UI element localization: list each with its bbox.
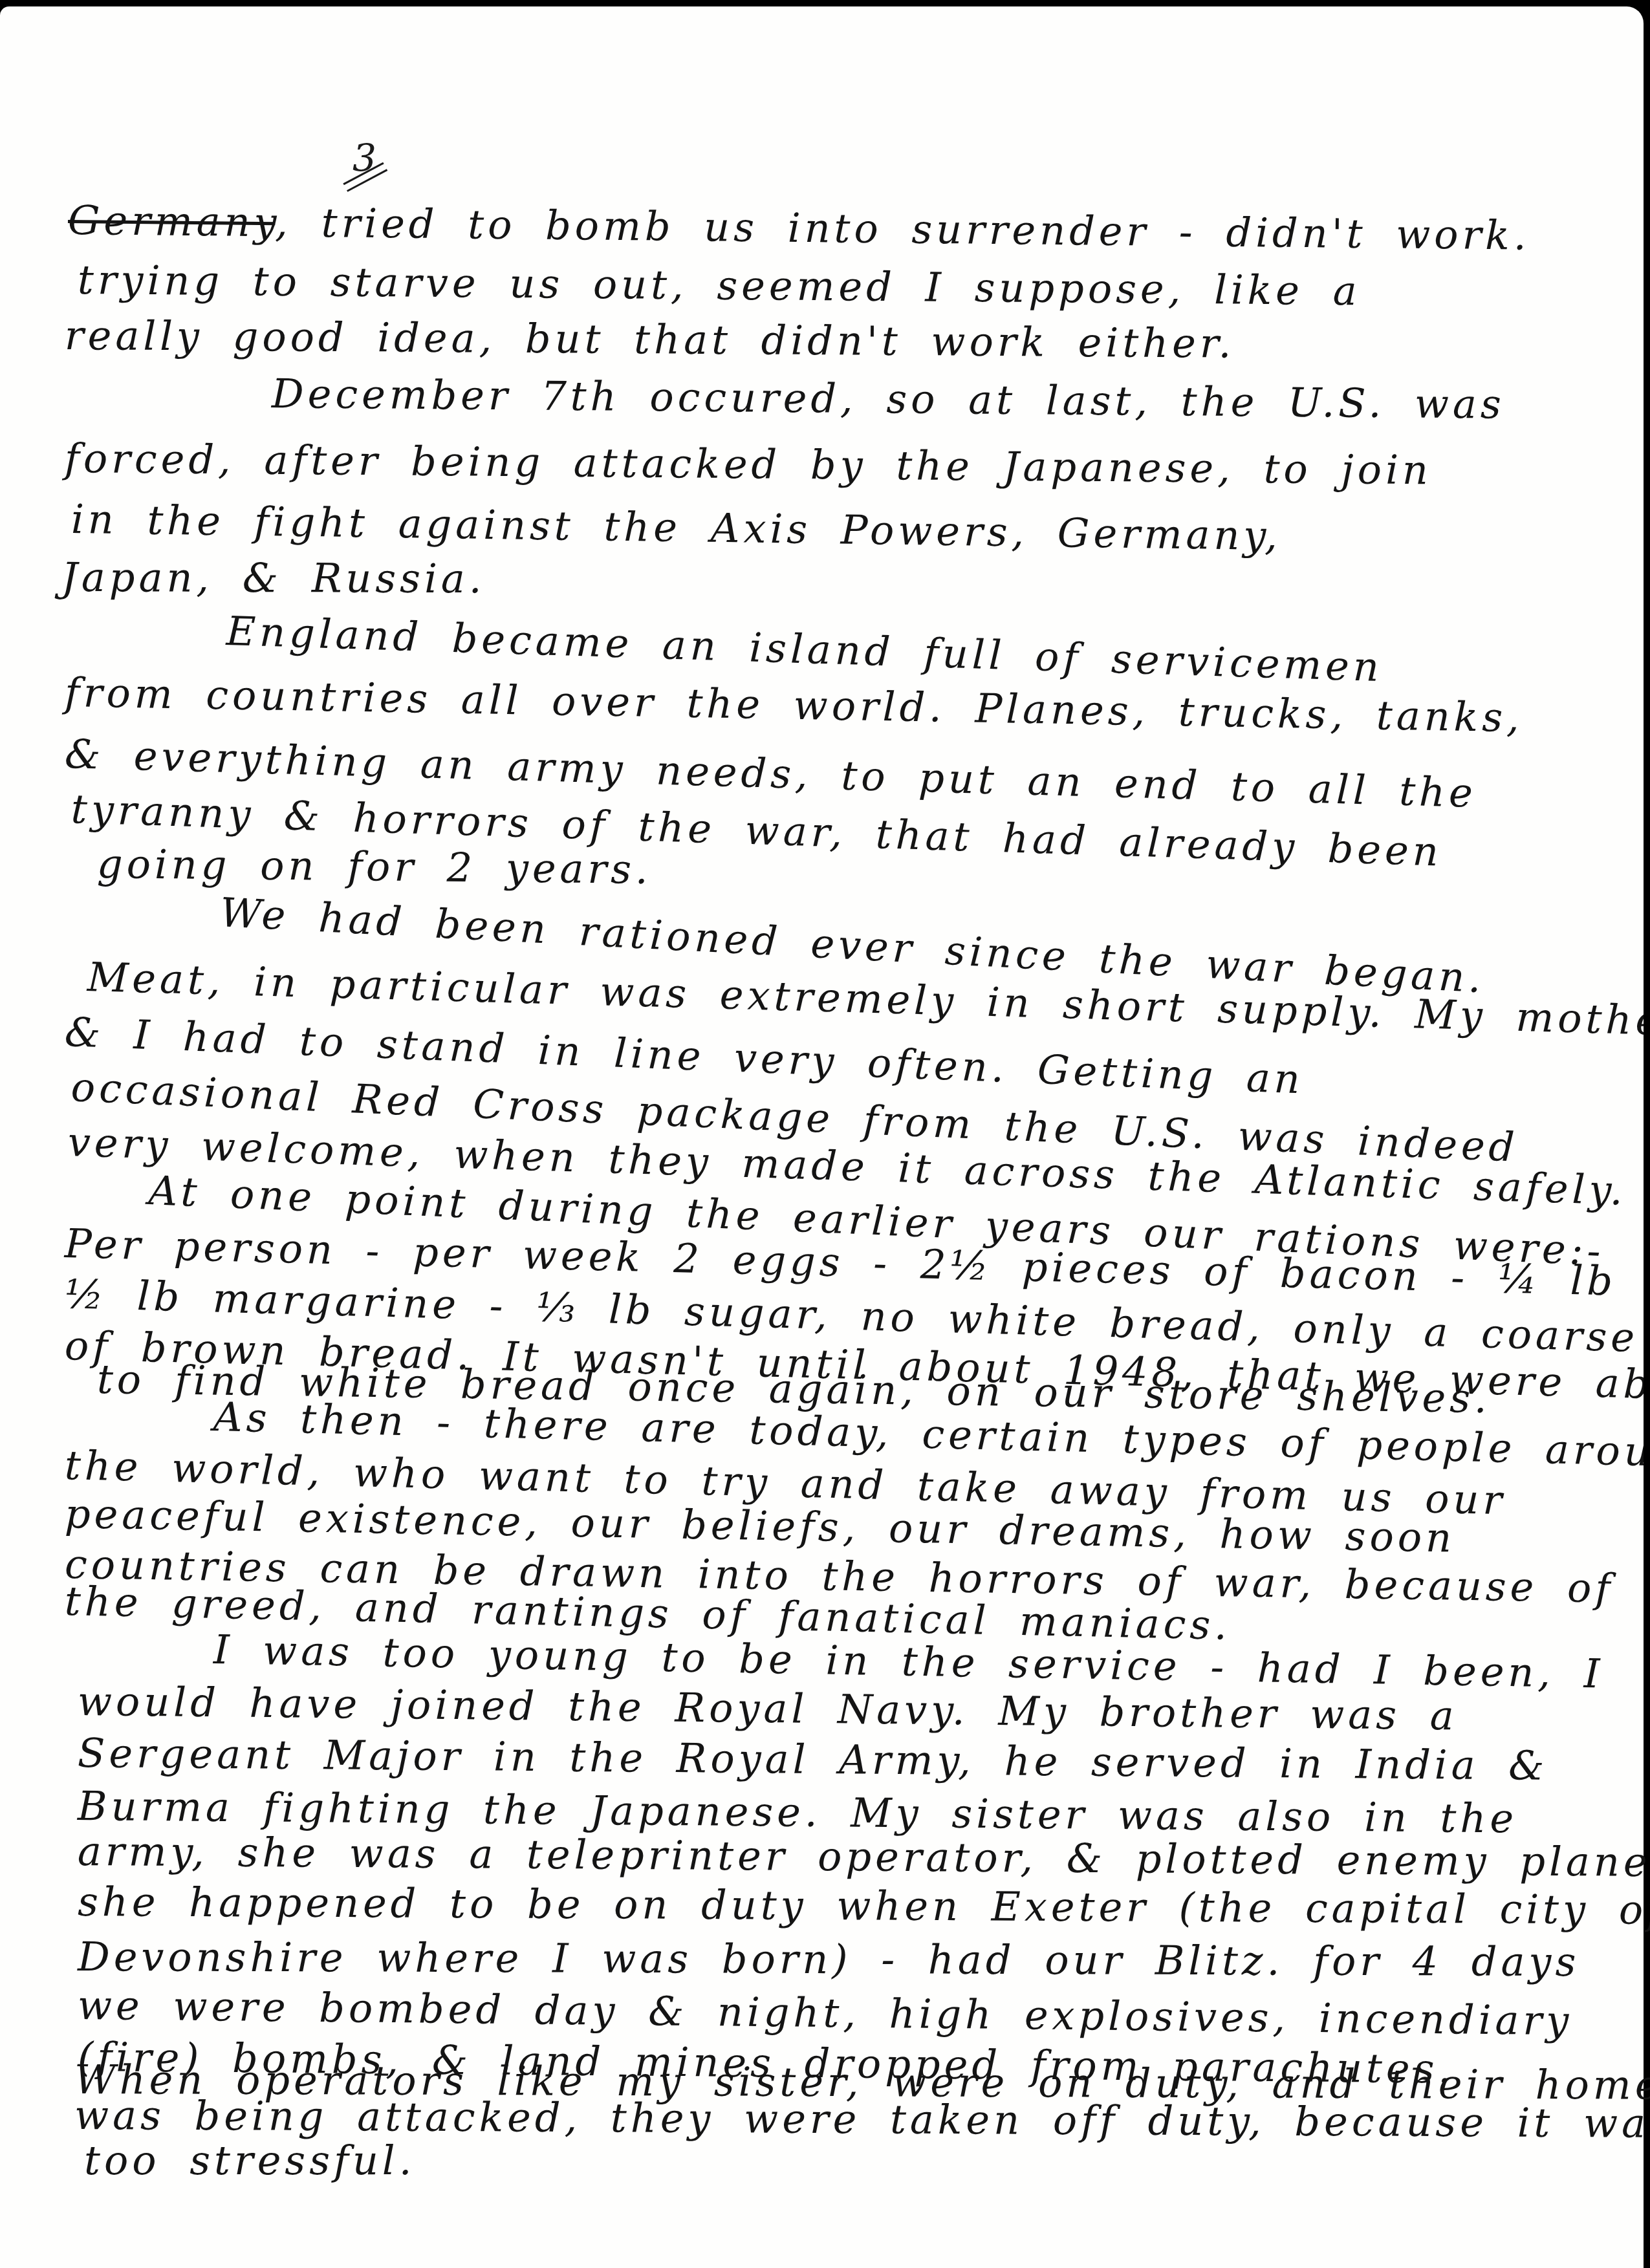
text-line: she happened to be on duty when Exeter (… xyxy=(78,1882,1650,1930)
text-line: December 7th occured, so at last, the U.… xyxy=(272,374,1505,425)
text-line: army, she was a teleprinter operator, & … xyxy=(78,1831,1650,1883)
text-line: too stressful. xyxy=(84,2141,415,2181)
text-line: really good idea, but that didn't work e… xyxy=(65,316,1235,364)
text-line: in the fight against the Axis Powers, Ge… xyxy=(71,499,1282,556)
text-line: we were bombed day & night, high explosi… xyxy=(78,1985,1573,2041)
scan-border xyxy=(1644,97,1650,1584)
struck-word: Germany xyxy=(68,197,276,246)
text-line: Devonshire where I was born) - had our B… xyxy=(78,1937,1580,1982)
text-line: trying to starve us out, seemed I suppos… xyxy=(78,260,1361,311)
text-line: Japan, & Russia. xyxy=(61,557,486,599)
page-number: 3 xyxy=(353,139,376,177)
scan-border xyxy=(1644,2242,1650,2268)
text-line: forced, after being attacked by the Japa… xyxy=(65,438,1432,490)
handwritten-page: 3 Germany, tried to bomb us into surrend… xyxy=(0,6,1644,2268)
text-line: would have joined the Royal Navy. My bro… xyxy=(78,1681,1458,1736)
text-line: Sergeant Major in the Royal Army, he ser… xyxy=(78,1733,1548,1786)
text-line: going on for 2 years. xyxy=(97,844,652,890)
text-line: Germany, tried to bomb us into surrender… xyxy=(68,200,1530,256)
